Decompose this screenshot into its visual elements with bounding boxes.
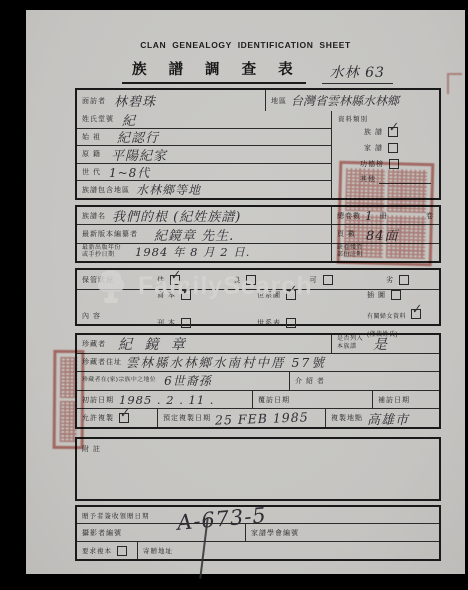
title-row: 族 譜 調 查 表 水林 63 bbox=[26, 58, 465, 84]
society-label: 家譜學會編號 bbox=[251, 528, 299, 538]
status-poor: 劣 bbox=[386, 275, 409, 285]
status-fine-checkbox bbox=[246, 275, 256, 285]
holder-value: 紀 鏡 章 bbox=[118, 334, 189, 354]
book-title-label: 族譜名 bbox=[82, 211, 106, 221]
position-value: 6世裔孫 bbox=[164, 372, 212, 389]
copy-place-value: 高雄市 bbox=[367, 409, 409, 428]
founder-label: 始 祖 bbox=[82, 132, 101, 142]
permission-label: 允許複製 bbox=[82, 413, 114, 423]
followup-label: 補訪日期 bbox=[378, 395, 410, 405]
copy-place-label: 複製地點 bbox=[331, 413, 363, 423]
manuscript-checkbox bbox=[181, 290, 191, 300]
book-title-value: 我們的根 (紀姓族譜) bbox=[112, 206, 241, 225]
form-title: 族 譜 調 查 表 bbox=[122, 58, 306, 84]
position-label: 珍藏者在(家)宗族中之地位 bbox=[82, 377, 156, 384]
revisit-label: 覆訪日期 bbox=[258, 395, 290, 405]
status-poor-checkbox bbox=[399, 275, 409, 285]
english-title: CLAN GENEALOGY IDENTIFICATION SHEET bbox=[26, 40, 465, 50]
copy-request-checkbox bbox=[117, 546, 127, 556]
generations-label: 世 代 bbox=[82, 167, 101, 177]
introducer-label: 介 紹 者 bbox=[295, 376, 325, 386]
status-good: 佳 bbox=[157, 275, 180, 285]
status-fair-checkbox bbox=[323, 275, 333, 285]
notes-label: 附 註 bbox=[82, 444, 101, 454]
red-seal-stamp-left-icon bbox=[53, 350, 85, 449]
interviewer-label: 面訪者 bbox=[82, 96, 106, 106]
red-stamp-fragment-icon bbox=[447, 73, 462, 94]
content-lineage-chart: 世系圖 bbox=[257, 290, 367, 300]
scanned-form-paper: CLAN GENEALOGY IDENTIFICATION SHEET 族 譜 … bbox=[26, 10, 465, 574]
send-address-label: 寄贈地址 bbox=[143, 546, 173, 555]
listed-label: 是否列入 本族譜 bbox=[337, 336, 363, 351]
compiler-label: 最新版本編纂者 bbox=[82, 229, 138, 239]
status-fine: 良 bbox=[233, 275, 256, 285]
compiler-value: 紀鏡章 先生. bbox=[154, 225, 234, 244]
address-label: 珍藏者住址 bbox=[82, 357, 122, 367]
donor-label: 贈予者簽收領贈日期 bbox=[82, 511, 150, 520]
archive-table: 贈予者簽收領贈日期 攝影者編號 家譜學會編號 要求複本 bbox=[75, 505, 441, 561]
copy-date-label: 預定複製日期 bbox=[163, 413, 211, 423]
women-data-checkbox bbox=[411, 309, 421, 319]
coverage-label: 族譜包含地區 bbox=[82, 185, 130, 195]
category-option-jiapu: 家 譜 bbox=[364, 143, 433, 153]
page-code: 水林 63 bbox=[322, 62, 393, 84]
ancestry-value: 平陽紀家 bbox=[111, 145, 167, 164]
lineage-chart-checkbox bbox=[286, 290, 296, 300]
holder-table: 珍藏者 紀 鏡 章 是否列入 本族譜 是 珍藏者住址 雲林縣水林鄉水南村中厝 5… bbox=[75, 333, 441, 429]
lineage-table-checkbox bbox=[286, 318, 296, 328]
publish-date-value: 1984 年 8 月 2 日. bbox=[135, 244, 250, 260]
red-seal-stamp-icon bbox=[337, 161, 435, 266]
surname-hall-value: 紀 bbox=[122, 110, 136, 129]
content-label: 內 容 bbox=[82, 311, 101, 321]
photographer-label: 攝影者編號 bbox=[82, 528, 122, 538]
coverage-value: 水林鄉等地 bbox=[136, 181, 201, 198]
copy-request-label: 要求複本 bbox=[82, 546, 112, 555]
founder-value: 紀認行 bbox=[117, 127, 159, 146]
content-manuscript: 寫 本 bbox=[157, 290, 257, 300]
permission-checkbox bbox=[119, 413, 129, 423]
surname-hall-label: 姓氏堂號 bbox=[82, 114, 114, 124]
first-visit-value: 1985 . 2 . 11 . bbox=[119, 393, 214, 407]
notes-box: 附 註 bbox=[75, 437, 441, 501]
first-visit-label: 初訪日期 bbox=[82, 395, 114, 405]
copy-date-value: 25 FEB 1985 bbox=[215, 409, 309, 427]
publish-date-label: 最新出版年份 或手抄日期 bbox=[82, 245, 121, 260]
category-label: 資料類別 bbox=[338, 114, 433, 123]
zupu-checkbox bbox=[388, 127, 398, 137]
condition-table: 保管狀況 佳 良 可 劣 內 容 寫 本 世系圖 插 圖 刊 本 bbox=[75, 268, 441, 326]
region-label: 地區 bbox=[271, 96, 287, 106]
printed-checkbox bbox=[181, 318, 191, 328]
content-illustrations: 插 圖 bbox=[367, 290, 439, 300]
region-value: 台灣省雲林縣水林鄉 bbox=[291, 92, 399, 109]
jiapu-checkbox bbox=[388, 143, 398, 153]
category-option-zupu: 族 譜 bbox=[364, 127, 433, 137]
status-label: 保管狀況 bbox=[82, 275, 114, 285]
illustrations-checkbox bbox=[391, 290, 401, 300]
interviewer-value: 林碧珠 bbox=[114, 91, 156, 110]
listed-value: 是 bbox=[373, 334, 388, 354]
status-fair: 可 bbox=[310, 275, 333, 285]
address-value: 雲林縣水林鄉水南村中厝 57號 bbox=[126, 353, 326, 371]
holder-label: 珍藏者 bbox=[82, 339, 106, 349]
status-good-checkbox bbox=[170, 275, 180, 285]
ancestry-label: 原 籍 bbox=[82, 149, 101, 159]
generations-value: 1~8代 bbox=[109, 164, 150, 181]
